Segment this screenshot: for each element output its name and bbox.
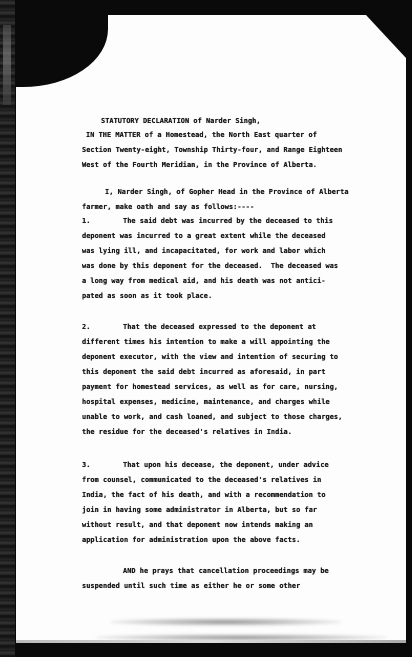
closing-line-1: AND he prays that cancellation proceedin… [123, 564, 329, 578]
heading-line-2: Section Twenty-eight, Township Thirty-fo… [82, 143, 342, 157]
heading-line-1: IN THE MATTER of a Homestead, the North … [86, 128, 317, 142]
paragraph-1-line-6: pated as soon as it took place. [82, 289, 212, 303]
paragraph-2-number: 2. [82, 320, 90, 334]
paragraph-3-line-6: application for administration upon the … [82, 533, 300, 547]
paragraph-2-line-7: unable to work, and cash loaned, and sub… [82, 410, 342, 424]
bleed-through-smudge [111, 618, 341, 626]
paragraph-3-line-5: without result, and that deponent now in… [82, 518, 313, 532]
paragraph-2-line-5: payment for homestead services, as well … [82, 380, 338, 394]
paragraph-1-line-1: The said debt was incurred by the deceas… [123, 214, 333, 228]
paragraph-3-line-2: from counsel, communicated to the deceas… [82, 473, 321, 487]
paragraph-1-line-4: was done by this deponent for the deceas… [82, 259, 338, 273]
paragraph-2-line-8: the residue for the deceased's relatives… [82, 425, 292, 439]
page-bottom-edge [16, 640, 406, 643]
document-page: STATUTORY DECLARATION of Narder Singh, I… [16, 15, 406, 642]
paragraph-1-line-2: deponent was incurred to a great extent … [82, 229, 326, 243]
paragraph-3-line-3: India, the fact of his death, and with a… [82, 488, 326, 502]
paragraph-1-line-3: was lying ill, and incapacitated, for wo… [82, 244, 326, 258]
paragraph-3-line-4: join in having some administrator in Alb… [82, 503, 317, 517]
closing-line-2: suspended until such time as either he o… [82, 579, 300, 593]
paragraph-2-line-3: deponent executor, with the view and int… [82, 350, 338, 364]
paragraph-2-line-4: this deponent the said debt incurred as … [82, 365, 326, 379]
intro-line-2: farmer, make oath and say as follows:---… [82, 200, 254, 214]
paragraph-1-number: 1. [82, 214, 90, 228]
paragraph-3-line-1: That upon his decease, the deponent, und… [123, 458, 329, 472]
paragraph-2-line-6: hospital expenses, medicine, maintenance… [82, 395, 330, 409]
paragraph-3-number: 3. [82, 458, 90, 472]
document-title: STATUTORY DECLARATION of Narder Singh, [101, 114, 261, 128]
heading-line-3: West of the Fourth Meridian, in the Prov… [82, 158, 317, 172]
paragraph-2-line-1: That the deceased expressed to the depon… [123, 320, 316, 334]
paragraph-2-line-2: different times his intention to make a … [82, 335, 330, 349]
paragraph-1-line-5: a long way from medical aid, and his dea… [82, 274, 326, 288]
scan-edge-highlight [3, 25, 11, 105]
torn-corner [16, 15, 108, 87]
intro-line-1: I, Narder Singh, of Gopher Head in the P… [105, 185, 349, 199]
